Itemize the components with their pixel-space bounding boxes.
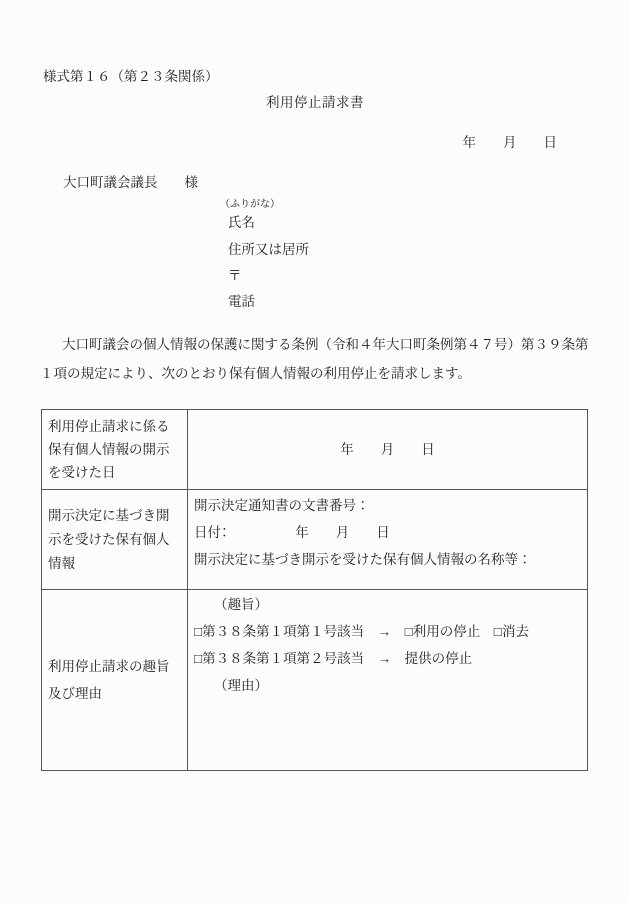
request-table: 利用停止請求に係る 保有個人情報の開示 を受けた日 年 月 日 開示決定に基づき… xyxy=(41,409,588,771)
purpose-heading: （趣旨） xyxy=(194,591,581,618)
request-paragraph-line1: 大口町議会の個人情報の保護に関する条例（令和４年大口町条例第４７号）第３９条第 xyxy=(40,330,592,359)
row1-date-blanks: 年 月 日 xyxy=(340,442,435,457)
reason-heading: （理由） xyxy=(194,672,581,699)
postal-mark: 〒 xyxy=(228,268,242,284)
row3-label-cell: 利用停止請求の趣旨 及び理由 xyxy=(42,590,188,771)
document-page: 様式第１６（第２３条関係） 利用停止請求書 年 月 日 大口町議会議長 様 （ふ… xyxy=(0,0,630,903)
row2-label-line1: 開示決定に基づき開 xyxy=(48,504,183,528)
row1-value-cell: 年 月 日 xyxy=(188,410,588,490)
information-name-line: 開示決定に基づき開示を受けた保有個人情報の名称等： xyxy=(194,546,581,573)
document-number-line: 開示決定通知書の文書番号： xyxy=(194,492,581,519)
row3-label-line1: 利用停止請求の趣旨 xyxy=(48,653,183,680)
table-row-disclosed-information: 開示決定に基づき開 示を受けた保有個人 情報 開示決定通知書の文書番号： 日付：… xyxy=(42,490,588,590)
furigana-label: （ふりがな） xyxy=(220,199,280,211)
request-paragraph: 大口町議会の個人情報の保護に関する条例（令和４年大口町条例第４７号）第３９条第 … xyxy=(40,330,592,388)
header-date-blanks: 年 月 日 xyxy=(463,135,558,151)
decision-date-line: 日付： 年 月 日 xyxy=(194,519,581,546)
document-title: 利用停止請求書 xyxy=(0,95,630,111)
name-label: 氏名 xyxy=(228,215,255,231)
addressee-line: 大口町議会議長 様 xyxy=(63,175,198,191)
row2-label-line3: 情報 xyxy=(48,552,183,576)
request-paragraph-line2: １項の規定により、次のとおり保有個人情報の利用停止を請求します。 xyxy=(40,359,592,388)
phone-label: 電話 xyxy=(228,294,255,310)
row1-label-line1: 利用停止請求に係る xyxy=(48,415,183,438)
row1-label-cell: 利用停止請求に係る 保有個人情報の開示 を受けた日 xyxy=(42,410,188,490)
checkbox-option-article38-item1: □第３８条第１項第１号該当 → □利用の停止 □消去 xyxy=(194,618,581,645)
row1-label-line2: 保有個人情報の開示 xyxy=(48,438,183,461)
row2-label-cell: 開示決定に基づき開 示を受けた保有個人 情報 xyxy=(42,490,188,590)
checkbox-option-article38-item2: □第３８条第１項第２号該当 → 提供の停止 xyxy=(194,645,581,672)
row3-label-line2: 及び理由 xyxy=(48,680,183,707)
row1-label-line3: を受けた日 xyxy=(48,461,183,484)
table-row-purpose-and-reason: 利用停止請求の趣旨 及び理由 （趣旨） □第３８条第１項第１号該当 → □利用の… xyxy=(42,590,588,771)
address-label: 住所又は居所 xyxy=(228,242,309,258)
row2-value-cell: 開示決定通知書の文書番号： 日付： 年 月 日 開示決定に基づき開示を受けた保有… xyxy=(188,490,588,590)
row3-value-cell: （趣旨） □第３８条第１項第１号該当 → □利用の停止 □消去 □第３８条第１項… xyxy=(188,590,588,771)
table-row-disclosure-date: 利用停止請求に係る 保有個人情報の開示 を受けた日 年 月 日 xyxy=(42,410,588,490)
form-number: 様式第１６（第２３条関係） xyxy=(43,69,219,85)
row2-label-line2: 示を受けた保有個人 xyxy=(48,528,183,552)
